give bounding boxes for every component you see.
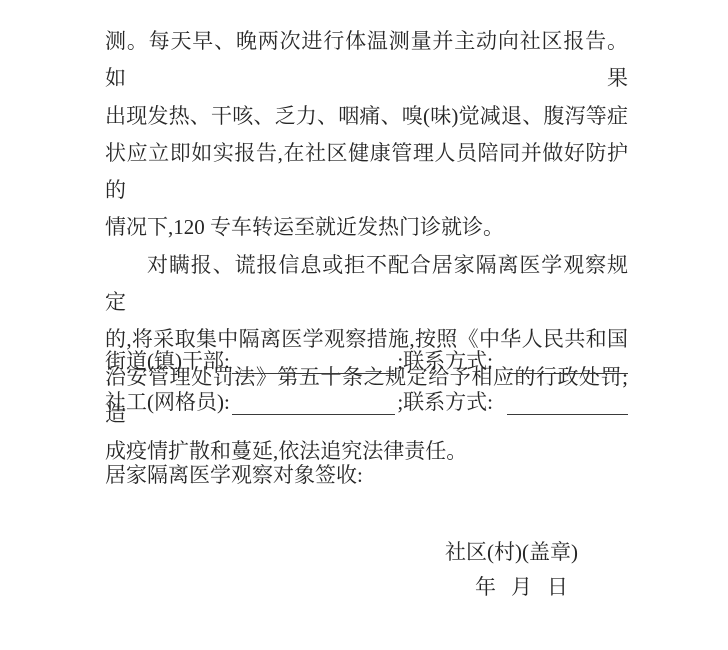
social-worker-contact-blank bbox=[507, 390, 628, 415]
date-line: 年 月 日 bbox=[475, 575, 568, 600]
street-cadre-contact-blank bbox=[507, 349, 628, 374]
year-label: 年 bbox=[475, 575, 496, 600]
social-worker-name-blank bbox=[232, 390, 396, 415]
signee-label: 居家隔离医学观察对象签收: bbox=[105, 457, 628, 494]
body-text-line: 测。每天早、晚两次进行体温测量并主动向社区报告。如果 bbox=[105, 23, 628, 98]
social-worker-contact-label: ;联系方式: bbox=[397, 389, 493, 415]
body-text-line: 状应立即如实报告,在社区健康管理人员陪同并做好防护的 bbox=[105, 135, 628, 210]
community-stamp-label: 社区(村)(盖章) bbox=[445, 540, 578, 565]
body-text-line: 对瞒报、谎报信息或拒不配合居家隔离医学观察规定 bbox=[105, 247, 628, 322]
social-worker-label: 社工(网格员): bbox=[105, 389, 230, 415]
body-text-line: 情况下,120 专车转运至就近发热门诊就诊。 bbox=[105, 209, 628, 246]
street-cadre-label: 街道(镇)干部: bbox=[105, 348, 230, 374]
street-cadre-contact-label: ;联系方式: bbox=[397, 348, 493, 374]
body-text-line: 出现发热、干咳、乏力、咽痛、嗅(味)觉减退、腹泻等症 bbox=[105, 98, 628, 135]
day-label: 日 bbox=[547, 575, 568, 600]
social-worker-row: 社工(网格员): ;联系方式: bbox=[105, 381, 628, 415]
street-cadre-name-blank bbox=[232, 349, 396, 374]
contacts-section: 街道(镇)干部: ;联系方式: 社工(网格员): ;联系方式: bbox=[105, 340, 628, 422]
street-cadre-row: 街道(镇)干部: ;联系方式: bbox=[105, 340, 628, 374]
signee-section: 居家隔离医学观察对象签收: bbox=[105, 457, 628, 494]
month-label: 月 bbox=[511, 575, 532, 600]
